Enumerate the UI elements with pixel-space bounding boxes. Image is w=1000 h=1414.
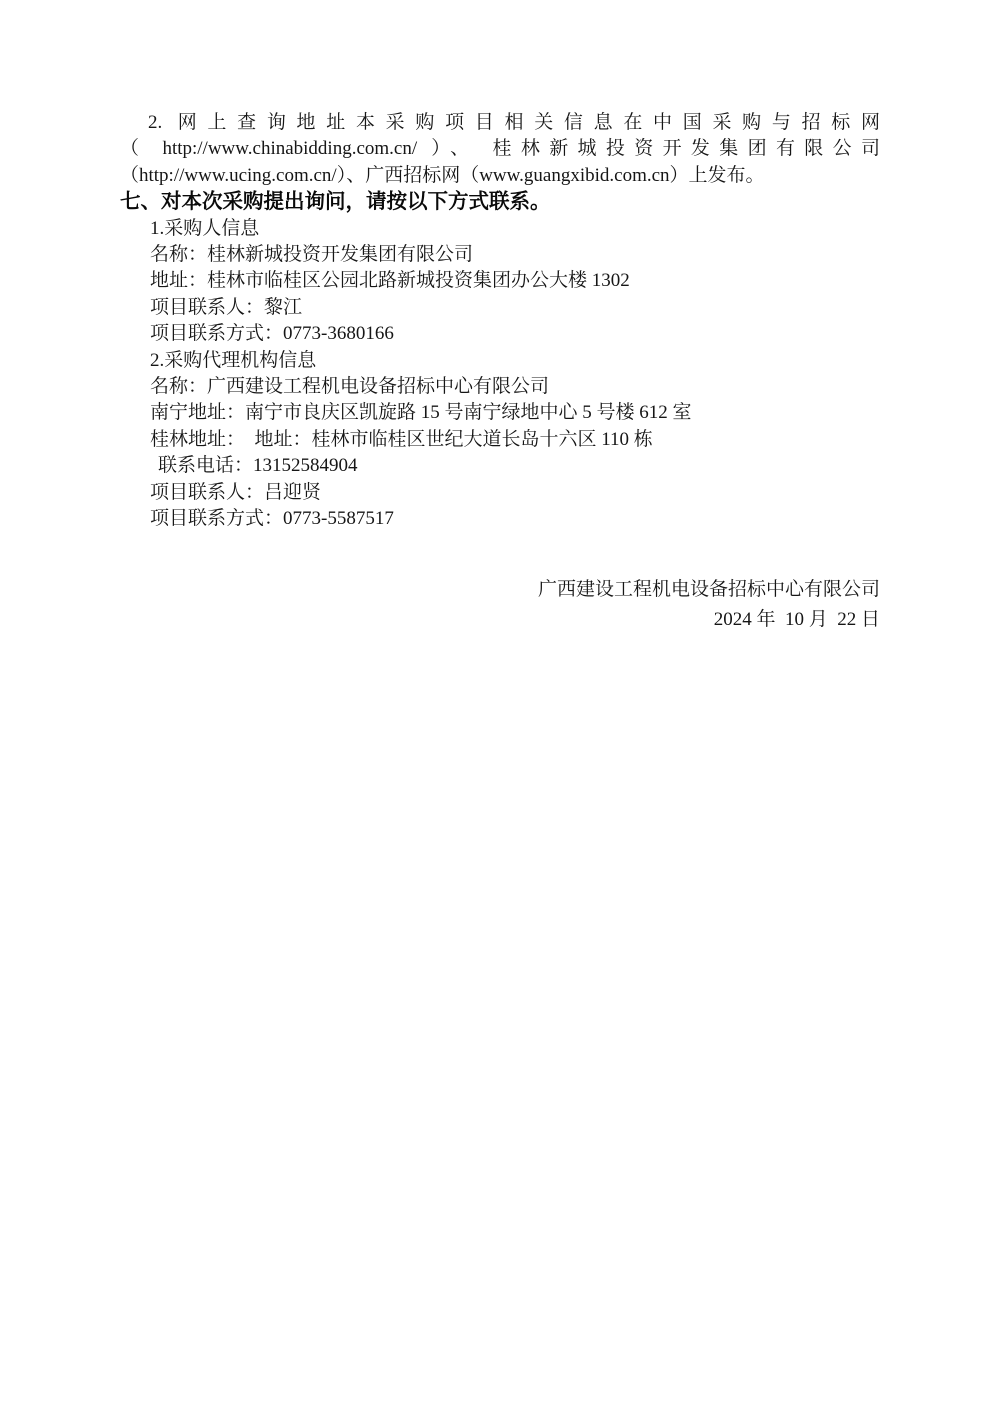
document-page: 2. 网上查询地址本采购项目相关信息在中国采购与招标网 （ http://www… — [0, 0, 1000, 1414]
notice-body: 2. 网上查询地址本采购项目相关信息在中国采购与招标网 （ http://www… — [120, 110, 880, 635]
purchaser-name: 名称：桂林新城投资开发集团有限公司 — [120, 242, 880, 268]
web-publish-line-3: （http://www.ucing.com.cn/）、广西招标网（www.gua… — [120, 163, 880, 189]
agency-section-heading: 2.采购代理机构信息 — [120, 348, 880, 374]
agency-nanning-address: 南宁地址：南宁市良庆区凯旋路 15 号南宁绿地中心 5 号楼 612 室 — [120, 400, 880, 426]
purchaser-contact-person: 项目联系人：黎江 — [120, 295, 880, 321]
web-publish-line-2: （ http://www.chinabidding.com.cn/ ）、 桂林新… — [120, 136, 880, 162]
agency-phone: 联系电话：13152584904 — [120, 453, 880, 479]
signature-date: 2024 年 10 月 22 日 — [120, 605, 880, 635]
section7-heading: 七、对本次采购提出询问，请按以下方式联系。 — [120, 189, 880, 215]
purchaser-section-heading: 1.采购人信息 — [120, 216, 880, 242]
agency-contact-phone: 项目联系方式：0773-5587517 — [120, 506, 880, 532]
web-publish-line-1: 2. 网上查询地址本采购项目相关信息在中国采购与招标网 — [120, 110, 880, 136]
purchaser-contact-phone: 项目联系方式：0773-3680166 — [120, 321, 880, 347]
signature-block: 广西建设工程机电设备招标中心有限公司 2024 年 10 月 22 日 — [120, 575, 880, 635]
purchaser-address: 地址：桂林市临桂区公园北路新城投资集团办公大楼 1302 — [120, 268, 880, 294]
signature-company: 广西建设工程机电设备招标中心有限公司 — [120, 575, 880, 605]
agency-name: 名称：广西建设工程机电设备招标中心有限公司 — [120, 374, 880, 400]
agency-contact-person: 项目联系人：吕迎贤 — [120, 480, 880, 506]
agency-guilin-address: 桂林地址： 地址：桂林市临桂区世纪大道长岛十六区 110 栋 — [120, 427, 880, 453]
